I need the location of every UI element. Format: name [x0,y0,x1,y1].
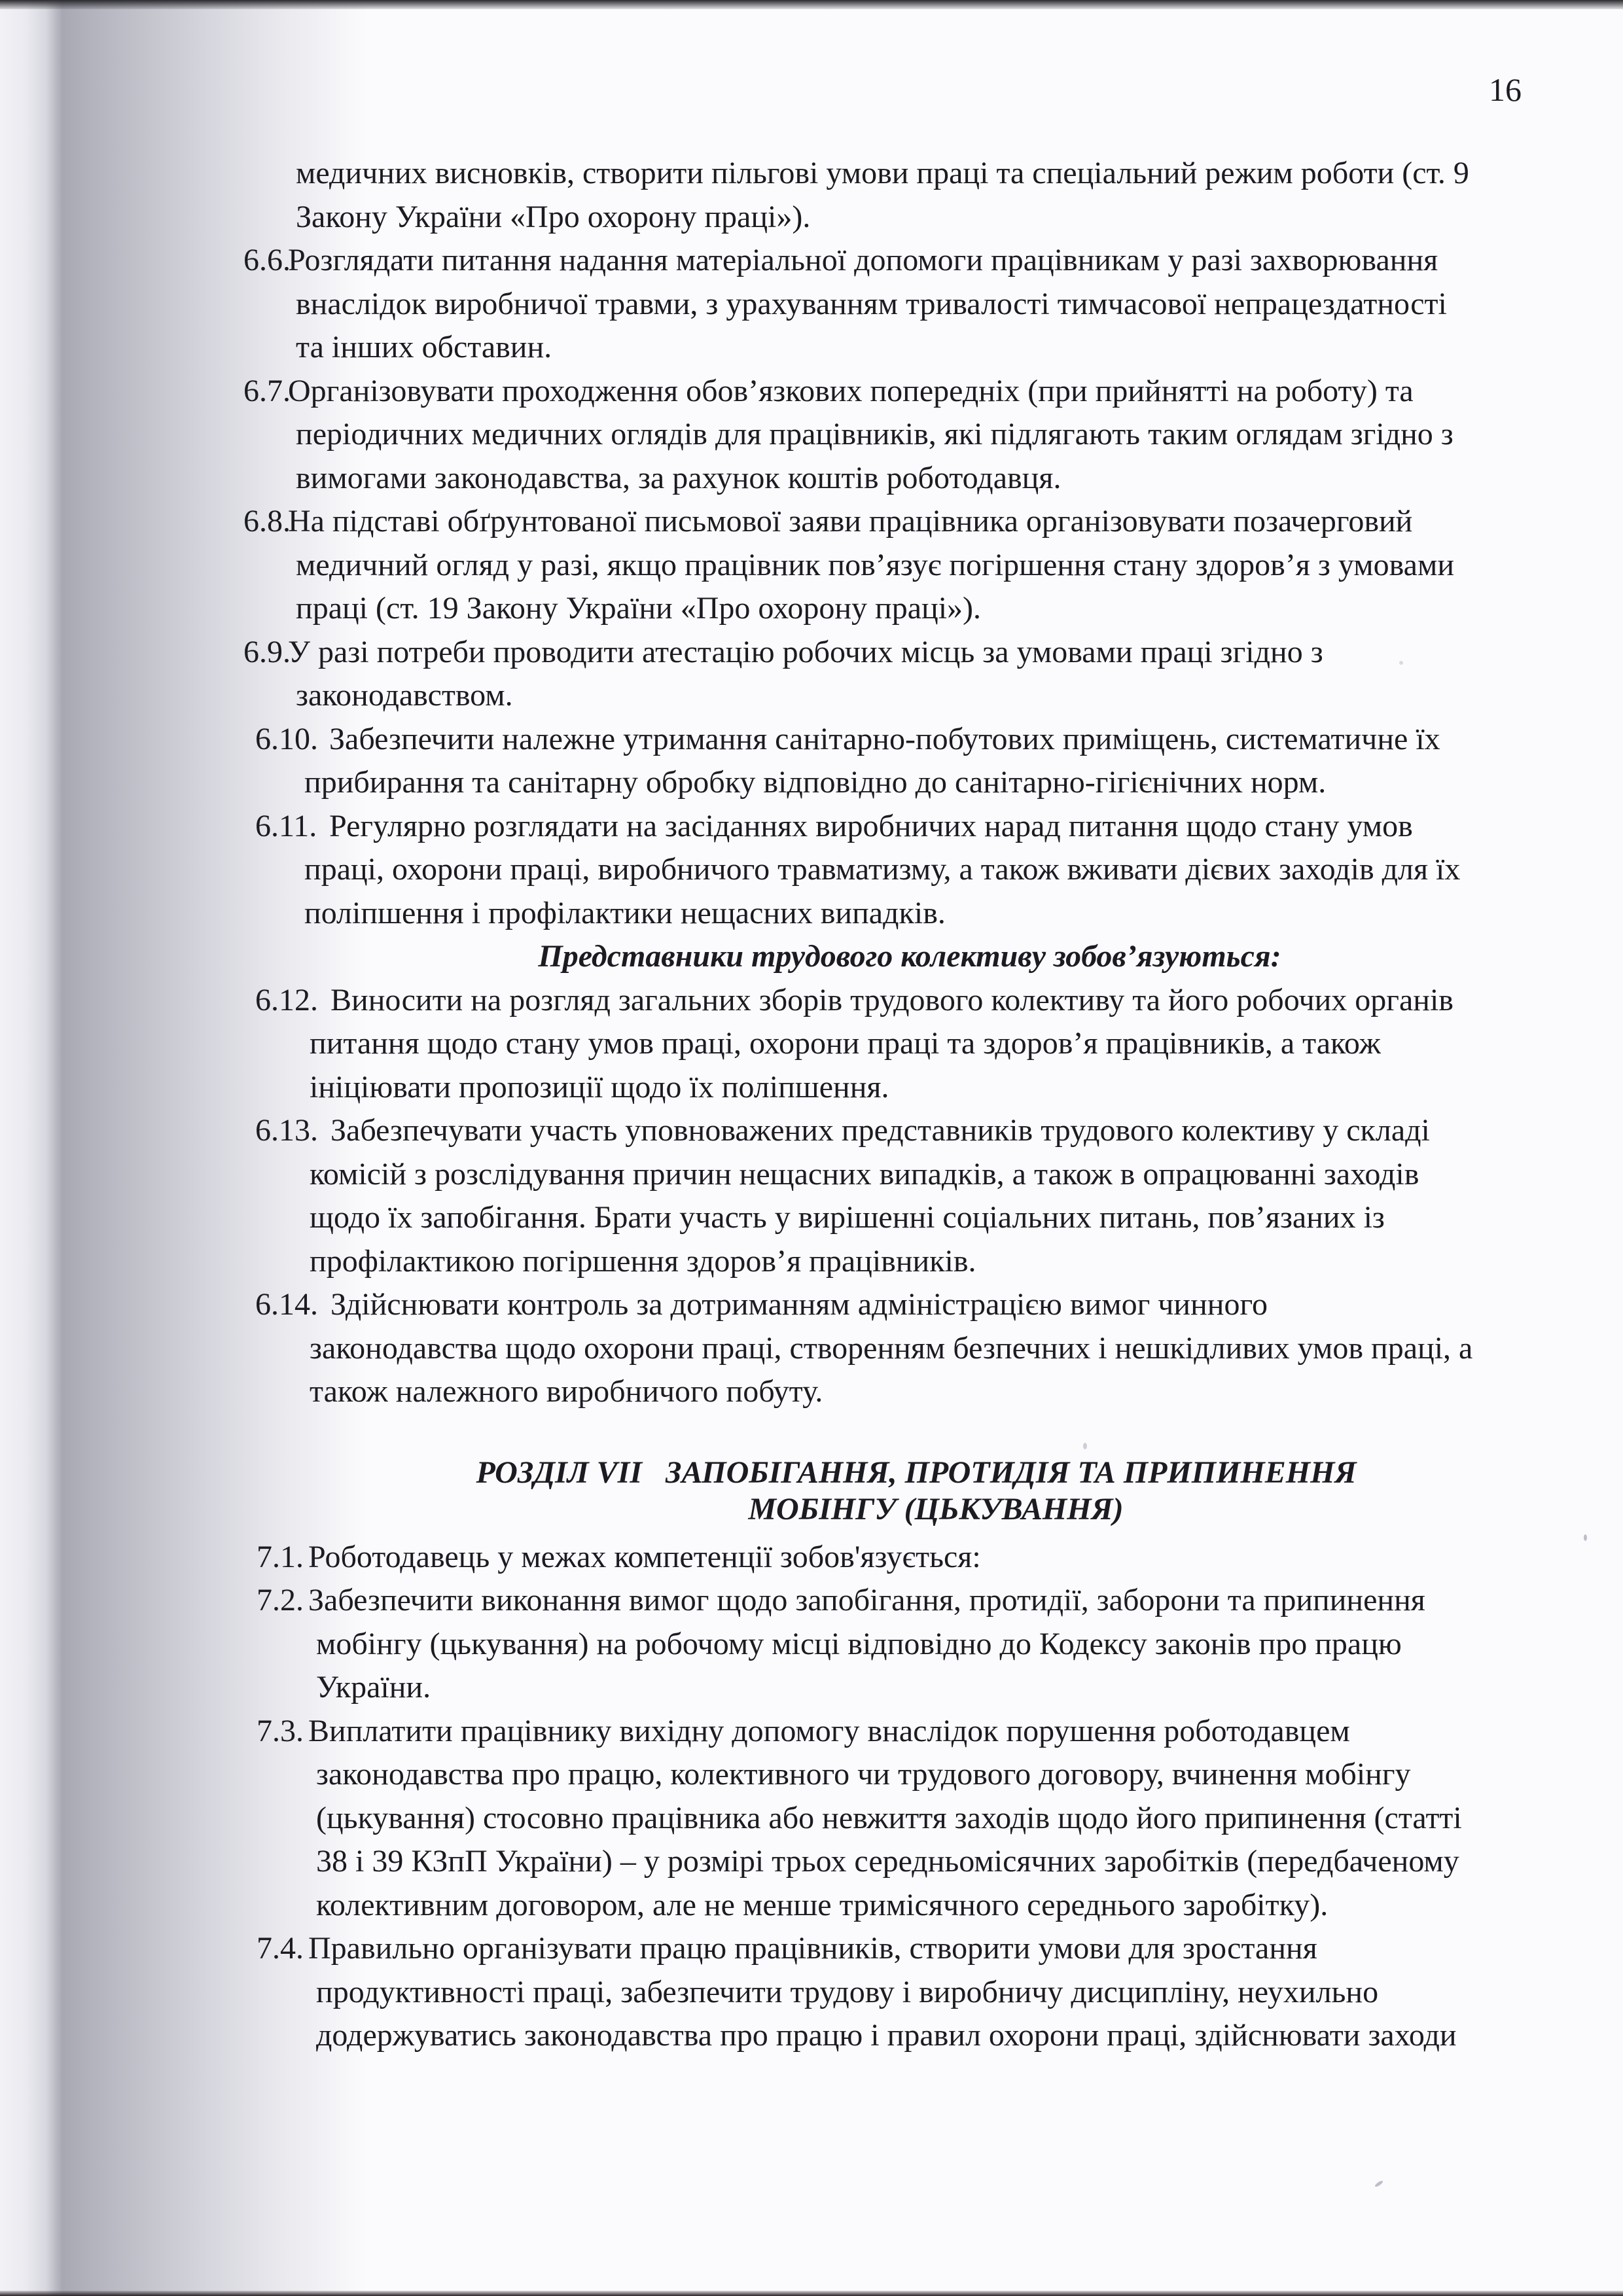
clause-6-10: 6.10. Забезпечити належне утримання сані… [249,718,1558,805]
text-line: Роботодавець у межах компетенції зобов'я… [308,1536,1558,1580]
clause-7-2: 7.2. Забезпечити виконання вимог щодо за… [249,1579,1558,1710]
clause-6-9: 6.9. У разі потреби проводити атестацію … [243,631,1558,718]
text-line: праці, охорони праці, виробничого травма… [304,848,1558,892]
clause-7-4: 7.4. Правильно організувати працю праців… [249,1927,1558,2058]
text-line: праці (ст. 19 Закону України «Про охорон… [296,587,1558,631]
text-line: Правильно організувати працю працівників… [308,1927,1558,1971]
text-line: Здійснювати контроль за дотриманням адмі… [330,1283,1558,1327]
section-title-line: МОБІНГУ (ЦЬКУВАННЯ) [275,1491,1558,1528]
text-line: Забезпечити належне утримання санітарно-… [329,718,1558,762]
clause-number: 6.10. [255,718,318,762]
clause-number: 6.14. [255,1283,318,1327]
text-line: вимогами законодавства, за рахунок кошті… [296,457,1558,501]
text-line: медичних висновків, створити пільгові ум… [296,152,1558,196]
text-line: щодо їх запобігання. Брати участь у вирі… [310,1196,1558,1240]
text-line: Розглядати питання надання матеріальної … [288,239,1558,283]
paragraph-continuation: медичних висновків, створити пільгові ум… [249,152,1558,239]
scan-speck [1083,1443,1087,1449]
clause-6-14: 6.14. Здійснювати контроль за дотримання… [249,1283,1558,1414]
text-line: профілактикою погіршення здоров’я праців… [310,1240,1558,1284]
clause-number: 7.4. [257,1927,304,1971]
clause-number: 7.3. [257,1710,304,1754]
text-line: законодавством. [296,674,1558,718]
text-line: У разі потреби проводити атестацію робоч… [288,631,1558,675]
scan-speck [1399,661,1403,665]
clause-7-1: 7.1. Роботодавець у межах компетенції зо… [249,1536,1558,1580]
clause-6-13: 6.13. Забезпечувати участь уповноважених… [249,1109,1558,1283]
text-line: Виносити на розгляд загальних зборів тру… [330,979,1558,1023]
scan-bottom-edge [0,2291,1623,2296]
clause-number: 6.9. [243,631,291,675]
clause-number: 6.11. [255,805,317,849]
clause-6-11: 6.11. Регулярно розглядати на засіданнях… [249,805,1558,936]
text-line: питання щодо стану умов праці, охорони п… [310,1022,1558,1066]
text-line: Виплатити працівнику вихідну допомогу вн… [308,1710,1558,1754]
clause-number: 6.6. [243,239,291,283]
clause-6-6: 6.6. Розглядати питання надання матеріал… [243,239,1558,370]
scan-top-edge [0,0,1623,9]
clause-6-8: 6.8. На підставі обґрунтованої письмової… [243,500,1558,631]
text-line: Регулярно розглядати на засіданнях вироб… [329,805,1558,849]
clause-number: 7.1. [257,1536,304,1580]
text-line: поліпшення і профілактики нещасних випад… [304,892,1558,936]
scan-speck [1374,2180,1383,2187]
text-line: періодичних медичних оглядів для працівн… [296,413,1558,457]
clause-number: 7.2. [257,1579,304,1623]
clause-6-7: 6.7. Організовувати проходження обов’язк… [243,370,1558,501]
text-line: 38 і 39 КЗпП України) – у розмірі трьох … [316,1840,1558,1884]
text-line: Закону України «Про охорону праці»). [296,196,1558,239]
clause-number: 6.12. [255,979,318,1023]
text-line: Забезпечувати участь уповноважених предс… [330,1109,1558,1153]
scan-speck [1584,1534,1587,1541]
clause-number: 6.8. [243,500,291,544]
text-line: комісій з розслідування причин нещасних … [310,1153,1558,1197]
clause-number: 6.7. [243,370,291,414]
clause-6-12: 6.12. Виносити на розгляд загальних збор… [249,979,1558,1110]
text-line: внаслідок виробничої травми, з урахуванн… [296,283,1558,327]
section-title-line: РОЗДІЛ VII ЗАПОБІГАННЯ, ПРОТИДІЯ ТА ПРИП… [275,1455,1558,1491]
text-line: також належного виробничого побуту. [310,1370,1558,1414]
text-line: Забезпечити виконання вимог щодо запобіг… [308,1579,1558,1623]
text-line: медичний огляд у разі, якщо працівник по… [296,544,1558,588]
subheading-collective-obligations: Представники трудового колективу зобов’я… [249,935,1558,979]
section-7-title: РОЗДІЛ VII ЗАПОБІГАННЯ, ПРОТИДІЯ ТА ПРИП… [249,1414,1558,1536]
text-line: продуктивності праці, забезпечити трудов… [316,1971,1558,2015]
text-line: законодавства про працю, колективного чи… [316,1753,1558,1797]
text-line: додержуватись законодавства про працю і … [316,2014,1558,2058]
page-number: 16 [1489,73,1522,106]
text-line: прибирання та санітарну обробку відповід… [304,761,1558,805]
document-body: медичних висновків, створити пільгові ум… [249,152,1558,2058]
text-line: та інших обставин. [296,326,1558,370]
text-line: законодавства щодо охорони праці, створе… [310,1327,1558,1371]
text-line: Організовувати проходження обов’язкових … [288,370,1558,414]
clause-number: 6.13. [255,1109,318,1153]
text-line: колективним договором, але не менше трим… [316,1884,1558,1928]
clause-7-3: 7.3. Виплатити працівнику вихідну допомо… [249,1710,1558,1928]
text-line: На підставі обґрунтованої письмової заяв… [288,500,1558,544]
text-line: мобінгу (цькування) на робочому місці ві… [316,1623,1558,1667]
text-line-content: Розглядати питання надання матеріальної … [288,243,1438,277]
text-line: (цькування) стосовно працівника або невж… [316,1797,1558,1841]
text-line: ініціювати пропозиції щодо їх поліпшення… [310,1066,1558,1110]
text-line: України. [316,1666,1558,1710]
